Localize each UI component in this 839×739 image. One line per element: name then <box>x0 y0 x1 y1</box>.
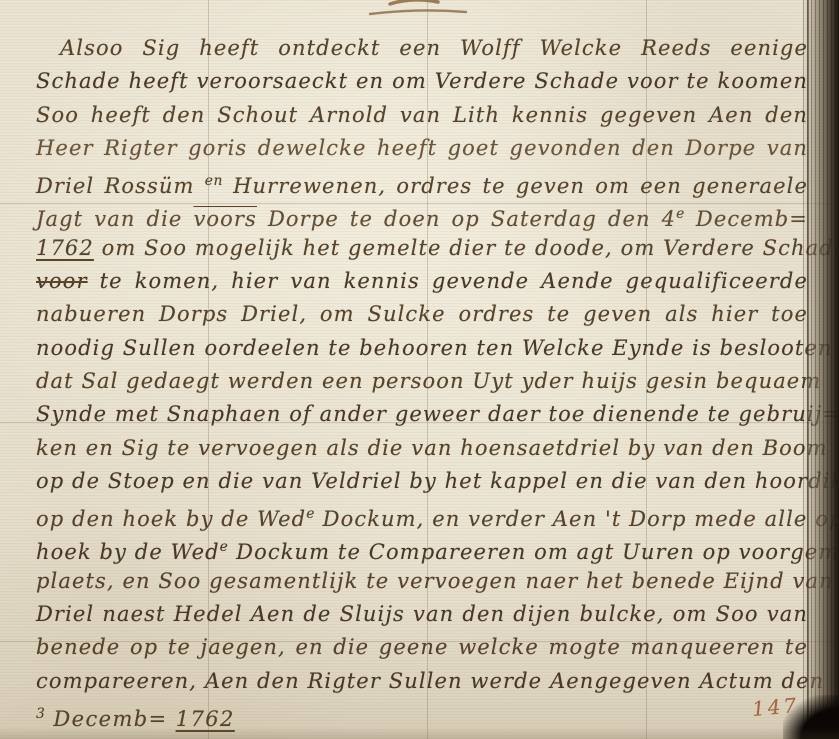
text-run: te komen, hier van kennis gevende Aende … <box>88 269 808 293</box>
header-flourish-cutoff-date <box>362 0 482 20</box>
manuscript-line: ken en Sig te vervoegen als die van hoen… <box>36 432 808 465</box>
text-run: Driel Rossüm <box>36 174 205 198</box>
manuscript-line: Soo heeft den Schout Arnold van Lith ken… <box>36 99 808 132</box>
text-run: Heer Rigter goris dewelcke heeft goet ge… <box>36 136 808 160</box>
text-run: benede op te jaegen, en die geene welcke… <box>36 635 808 659</box>
text-run: e <box>306 506 315 522</box>
text-run: 3 <box>36 706 45 722</box>
manuscript-page: Alsoo Sig heeft ontdeckt een Wolff Welck… <box>0 0 839 739</box>
text-run: Decemb= <box>45 707 175 731</box>
text-run: en <box>205 173 223 189</box>
manuscript-line: voor te komen, hier van kennis gevende A… <box>36 265 808 298</box>
text-run: Dockum te Compareeren om agt Uuren op vo… <box>228 540 839 564</box>
text-run: om Soo mogelijk het gemelte dier te dood… <box>94 236 839 260</box>
text-run: op de Stoep en die van Veldriel by het k… <box>36 469 839 493</box>
manuscript-line: benede op te jaegen, en die geene welcke… <box>36 631 808 664</box>
text-run: plaets, en Soo gesamentlijk te vervoegen… <box>36 569 834 593</box>
manuscript-line: dat Sal gedaegt werden een persoon Uyt y… <box>36 365 808 398</box>
text-run: voor <box>36 269 88 293</box>
text-run: hoek by de Wed <box>36 540 220 564</box>
text-run: Dockum, en verder Aen 't Dorp mede alle … <box>315 507 839 531</box>
text-run: e <box>676 206 685 222</box>
manuscript-line: Schade heeft veroorsaeckt en om Verdere … <box>36 65 808 98</box>
manuscript-line: 3 Decemb= 1762 <box>36 698 808 731</box>
text-run: op den hoek by de Wed <box>36 507 306 531</box>
text-run: 1762 <box>36 236 94 260</box>
text-run: Alsoo Sig heeft ontdeckt een Wolff Welck… <box>60 36 808 60</box>
manuscript-line: nabueren Dorps Driel, om Sulcke ordres t… <box>36 298 808 331</box>
text-run: dat Sal gedaegt werden een persoon Uyt y… <box>36 369 821 393</box>
manuscript-line: Synde met Snaphaen of ander geweer daer … <box>36 398 808 431</box>
text-block: Alsoo Sig heeft ontdeckt een Wolff Welck… <box>36 32 808 731</box>
text-run: Decemb= <box>685 207 808 231</box>
manuscript-line: op de Stoep en die van Veldriel by het k… <box>36 465 808 498</box>
manuscript-line: compareeren, Aen den Rigter Sullen werde… <box>36 665 808 698</box>
text-run: Jagt van die <box>36 207 193 231</box>
manuscript-line: Jagt van die voors Dorpe te doen op Sate… <box>36 198 808 231</box>
text-run: voors <box>193 207 256 231</box>
text-run: Soo heeft den Schout Arnold van Lith ken… <box>36 103 808 127</box>
text-run: Driel naest Hedel Aen de Sluijs van den … <box>36 602 808 626</box>
manuscript-line: Driel naest Hedel Aen de Sluijs van den … <box>36 598 808 631</box>
text-run: noodig Sullen oordeelen te behooren ten … <box>36 336 833 360</box>
text-run: Synde met Snaphaen of ander geweer daer … <box>36 402 839 426</box>
manuscript-line: noodig Sullen oordeelen te behooren ten … <box>36 332 808 365</box>
manuscript-line: op den hoek by de Wede Dockum, en verder… <box>36 498 808 531</box>
page-number: 147 <box>751 693 800 721</box>
manuscript-line: plaets, en Soo gesamentlijk te vervoegen… <box>36 565 808 598</box>
manuscript-line: Driel Rossüm en Hurrewenen, ordres te ge… <box>36 165 808 198</box>
text-run: Dorpe te doen op Saterdag den 4 <box>257 207 676 231</box>
text-run: ken en Sig te vervoegen als die van hoen… <box>36 436 828 460</box>
manuscript-line: Alsoo Sig heeft ontdeckt een Wolff Welck… <box>36 32 808 65</box>
text-run: nabueren Dorps Driel, om Sulcke ordres t… <box>36 302 808 326</box>
manuscript-line: hoek by de Wede Dockum te Compareeren om… <box>36 531 808 564</box>
manuscript-line: 1762 om Soo mogelijk het gemelte dier te… <box>36 232 808 265</box>
manuscript-line: Heer Rigter goris dewelcke heeft goet ge… <box>36 132 808 165</box>
text-run: Schade heeft veroorsaeckt en om Verdere … <box>36 69 808 93</box>
text-run: 1762 <box>176 707 235 731</box>
text-run: compareeren, Aen den Rigter Sullen werde… <box>36 669 824 693</box>
text-run: Hurrewenen, ordres te geven om een gener… <box>223 174 808 198</box>
